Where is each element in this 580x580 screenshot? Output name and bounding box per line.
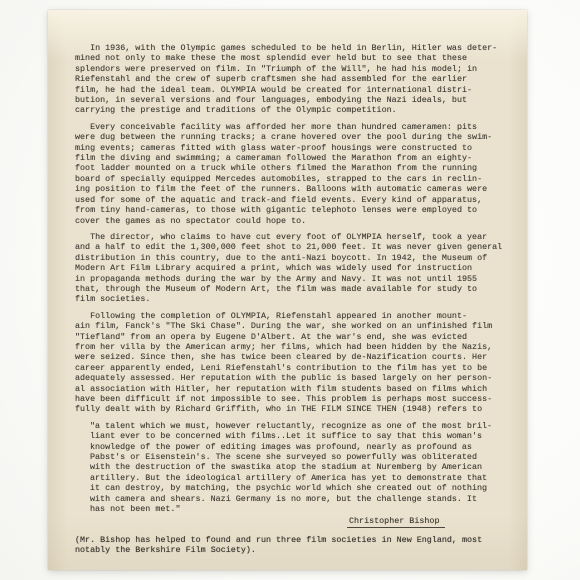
typewritten-page: In 1936, with the Olympic games schedule… — [48, 10, 527, 570]
author-signature: Christopher Bishop — [347, 516, 445, 527]
block-quote-griffith: "a talent which we must, however relucta… — [90, 421, 519, 515]
paragraph-intro-1936-berlin: In 1936, with the Olympic games schedule… — [75, 43, 519, 116]
paragraph-editing-distribution: The director, who claims to have cut eve… — [75, 232, 519, 305]
signature-row: Christopher Bishop — [75, 516, 519, 526]
paragraph-riefenstahl-postwar: Following the completion of OLYMPIA, Rie… — [75, 311, 519, 415]
page-text-block: In 1936, with the Olympic games schedule… — [75, 43, 519, 562]
footer-author-note: (Mr. Bishop has helped to found and run … — [75, 535, 519, 556]
paragraph-camera-facilities: Every conceivable facility was afforded … — [75, 122, 519, 226]
